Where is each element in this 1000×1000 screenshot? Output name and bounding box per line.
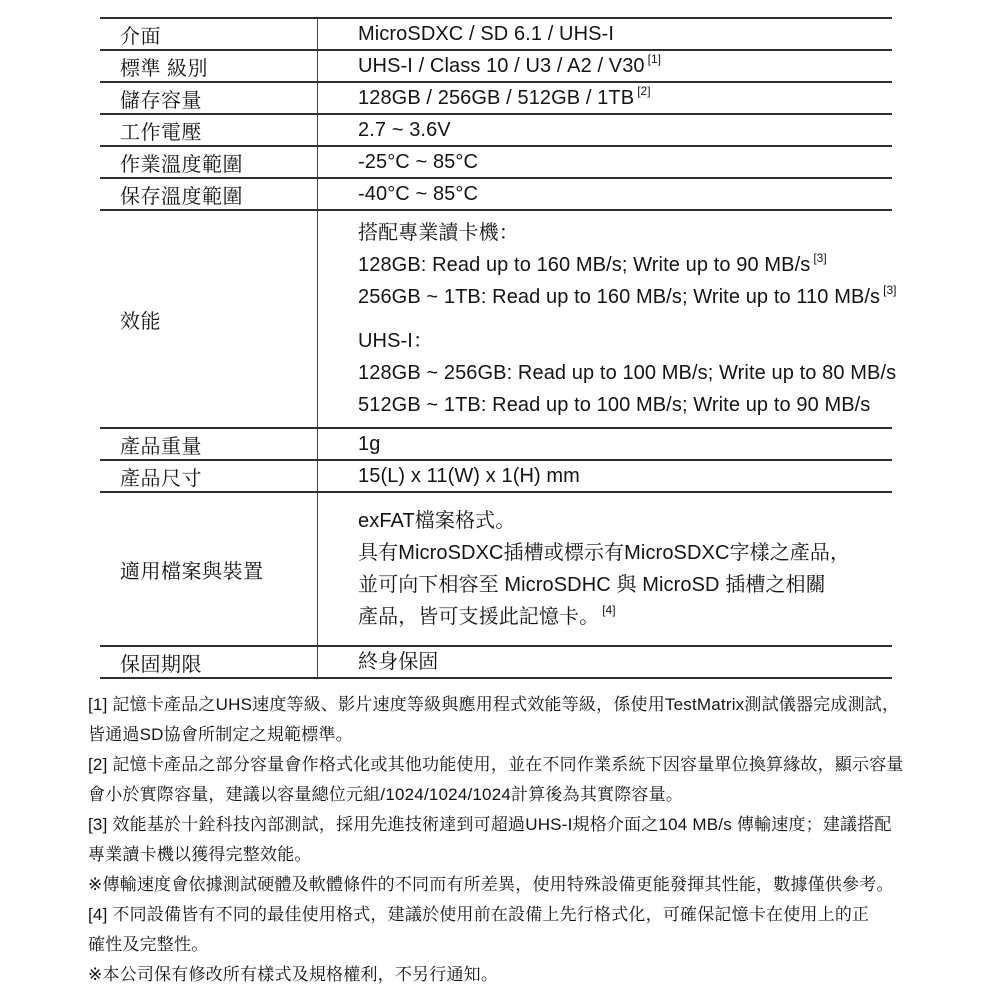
spec-row: 產品重量1g: [100, 429, 892, 461]
spec-value: 終身保固: [318, 647, 892, 677]
spec-row: 工作電壓2.7 ~ 3.6V: [100, 115, 892, 147]
spec-row: 保固期限終身保固: [100, 647, 892, 679]
spec-table: 介面MicroSDXC / SD 6.1 / UHS-I標準 級別UHS-I /…: [100, 17, 892, 679]
spec-value-line: 128GB / 256GB / 512GB / 1TB[2]: [358, 83, 892, 113]
footnote-line: [3] 效能基於十銓科技內部測試，採用先進技術達到可超過UHS-I規格介面之10…: [88, 810, 928, 840]
spec-label-text: 作業溫度範圍: [120, 148, 243, 177]
spec-label: 保存溫度範圍: [100, 179, 318, 209]
spec-label-text: 產品重量: [120, 430, 202, 459]
footnote-line: 皆通過SD協會所制定之規範標準。: [88, 720, 928, 750]
spec-label-text: 產品尺寸: [120, 462, 202, 491]
spec-value: exFAT檔案格式。具有MicroSDXC插槽或標示有MicroSDXC字樣之產…: [318, 493, 892, 645]
footnote-ref: [2]: [637, 84, 650, 98]
spec-label: 作業溫度範圍: [100, 147, 318, 177]
spec-label: 介面: [100, 19, 318, 49]
spec-value-line: 256GB ~ 1TB: Read up to 160 MB/s; Write …: [358, 281, 897, 313]
spec-value-line: 2.7 ~ 3.6V: [358, 115, 892, 145]
spec-sheet-page: 介面MicroSDXC / SD 6.1 / UHS-I標準 級別UHS-I /…: [0, 0, 1000, 1000]
spec-row: 保存溫度範圍-40°C ~ 85°C: [100, 179, 892, 211]
spec-value-line: 128GB ~ 256GB: Read up to 100 MB/s; Writ…: [358, 357, 897, 389]
spec-label: 效能: [100, 211, 318, 427]
spec-label-text: 介面: [120, 20, 161, 49]
footnotes: [1] 記憶卡產品之UHS速度等級、影片速度等級與應用程式效能等級，係使用Tes…: [88, 690, 928, 990]
spec-value-line: 搭配專業讀卡機：: [358, 217, 897, 249]
spec-label-text: 工作電壓: [120, 116, 202, 145]
spec-value-line: 產品，皆可支援此記憶卡。[4]: [358, 601, 892, 633]
spec-value-line: 具有MicroSDXC插槽或標示有MicroSDXC字樣之產品，: [358, 537, 892, 569]
footnote-ref: [4]: [602, 603, 615, 617]
spec-value-line: UHS-I：: [358, 325, 897, 357]
spec-value-line: -25°C ~ 85°C: [358, 147, 892, 177]
spec-row: 儲存容量128GB / 256GB / 512GB / 1TB[2]: [100, 83, 892, 115]
spec-value: 15(L) x 11(W) x 1(H) mm: [318, 461, 892, 491]
spec-label: 工作電壓: [100, 115, 318, 145]
spec-label-text: 保固期限: [120, 648, 202, 677]
spec-row: 作業溫度範圍-25°C ~ 85°C: [100, 147, 892, 179]
footnote-line: ※傳輸速度會依據測試硬體及軟體條件的不同而有所差異，使用特殊設備更能發揮其性能，…: [88, 870, 928, 900]
spec-value-line: 128GB: Read up to 160 MB/s; Write up to …: [358, 249, 897, 281]
spec-value: 1g: [318, 429, 892, 459]
footnote-ref: [3]: [883, 283, 896, 297]
footnote-line: 會小於實際容量，建議以容量總位元組/1024/1024/1024計算後為其實際容…: [88, 780, 928, 810]
footnote-line: [1] 記憶卡產品之UHS速度等級、影片速度等級與應用程式效能等級，係使用Tes…: [88, 690, 928, 720]
spec-row: 產品尺寸15(L) x 11(W) x 1(H) mm: [100, 461, 892, 493]
spec-value: -40°C ~ 85°C: [318, 179, 892, 209]
spec-label-text: 保存溫度範圍: [120, 180, 243, 209]
spec-label-text: 適用檔案與裝置: [120, 555, 264, 584]
spec-label: 保固期限: [100, 647, 318, 677]
spec-row: 適用檔案與裝置exFAT檔案格式。具有MicroSDXC插槽或標示有MicroS…: [100, 493, 892, 647]
footnote-line: ※本公司保有修改所有樣式及規格權利，不另行通知。: [88, 960, 928, 990]
spec-row: 介面MicroSDXC / SD 6.1 / UHS-I: [100, 19, 892, 51]
spec-label: 儲存容量: [100, 83, 318, 113]
footnote-line: 確性及完整性。: [88, 930, 928, 960]
footnote-line: [4] 不同設備皆有不同的最佳使用格式，建議於使用前在設備上先行格式化，可確保記…: [88, 900, 928, 930]
spec-value-line: 並可向下相容至 MicroSDHC 與 MicroSD 插槽之相關: [358, 569, 892, 601]
spec-value-line: exFAT檔案格式。: [358, 505, 892, 537]
spec-value-line: 終身保固: [358, 647, 892, 677]
spec-label-text: 儲存容量: [120, 84, 202, 113]
spec-value-line: 1g: [358, 429, 892, 459]
spec-label: 標準 級別: [100, 51, 318, 81]
spec-value: 搭配專業讀卡機：128GB: Read up to 160 MB/s; Writ…: [318, 211, 897, 427]
spec-row: 效能搭配專業讀卡機：128GB: Read up to 160 MB/s; Wr…: [100, 211, 892, 429]
spec-label: 產品重量: [100, 429, 318, 459]
footnote-line: 專業讀卡機以獲得完整效能。: [88, 840, 928, 870]
spec-value-line: UHS-I / Class 10 / U3 / A2 / V30[1]: [358, 51, 892, 81]
spec-value: 2.7 ~ 3.6V: [318, 115, 892, 145]
line-gap: [358, 313, 897, 325]
footnote-ref: [1]: [648, 52, 661, 66]
footnote-line: [2] 記憶卡產品之部分容量會作格式化或其他功能使用，並在不同作業系統下因容量單…: [88, 750, 928, 780]
spec-value-line: -40°C ~ 85°C: [358, 179, 892, 209]
spec-value: -25°C ~ 85°C: [318, 147, 892, 177]
footnote-ref: [3]: [813, 251, 826, 265]
spec-label-text: 效能: [120, 305, 161, 334]
spec-value: MicroSDXC / SD 6.1 / UHS-I: [318, 19, 892, 49]
spec-row: 標準 級別UHS-I / Class 10 / U3 / A2 / V30[1]: [100, 51, 892, 83]
spec-value-line: 512GB ~ 1TB: Read up to 100 MB/s; Write …: [358, 389, 897, 421]
spec-label-text: 標準 級別: [120, 52, 208, 81]
spec-value: 128GB / 256GB / 512GB / 1TB[2]: [318, 83, 892, 113]
spec-value: UHS-I / Class 10 / U3 / A2 / V30[1]: [318, 51, 892, 81]
spec-label: 產品尺寸: [100, 461, 318, 491]
spec-value-line: 15(L) x 11(W) x 1(H) mm: [358, 461, 892, 491]
spec-label: 適用檔案與裝置: [100, 493, 318, 645]
spec-value-line: MicroSDXC / SD 6.1 / UHS-I: [358, 19, 892, 49]
